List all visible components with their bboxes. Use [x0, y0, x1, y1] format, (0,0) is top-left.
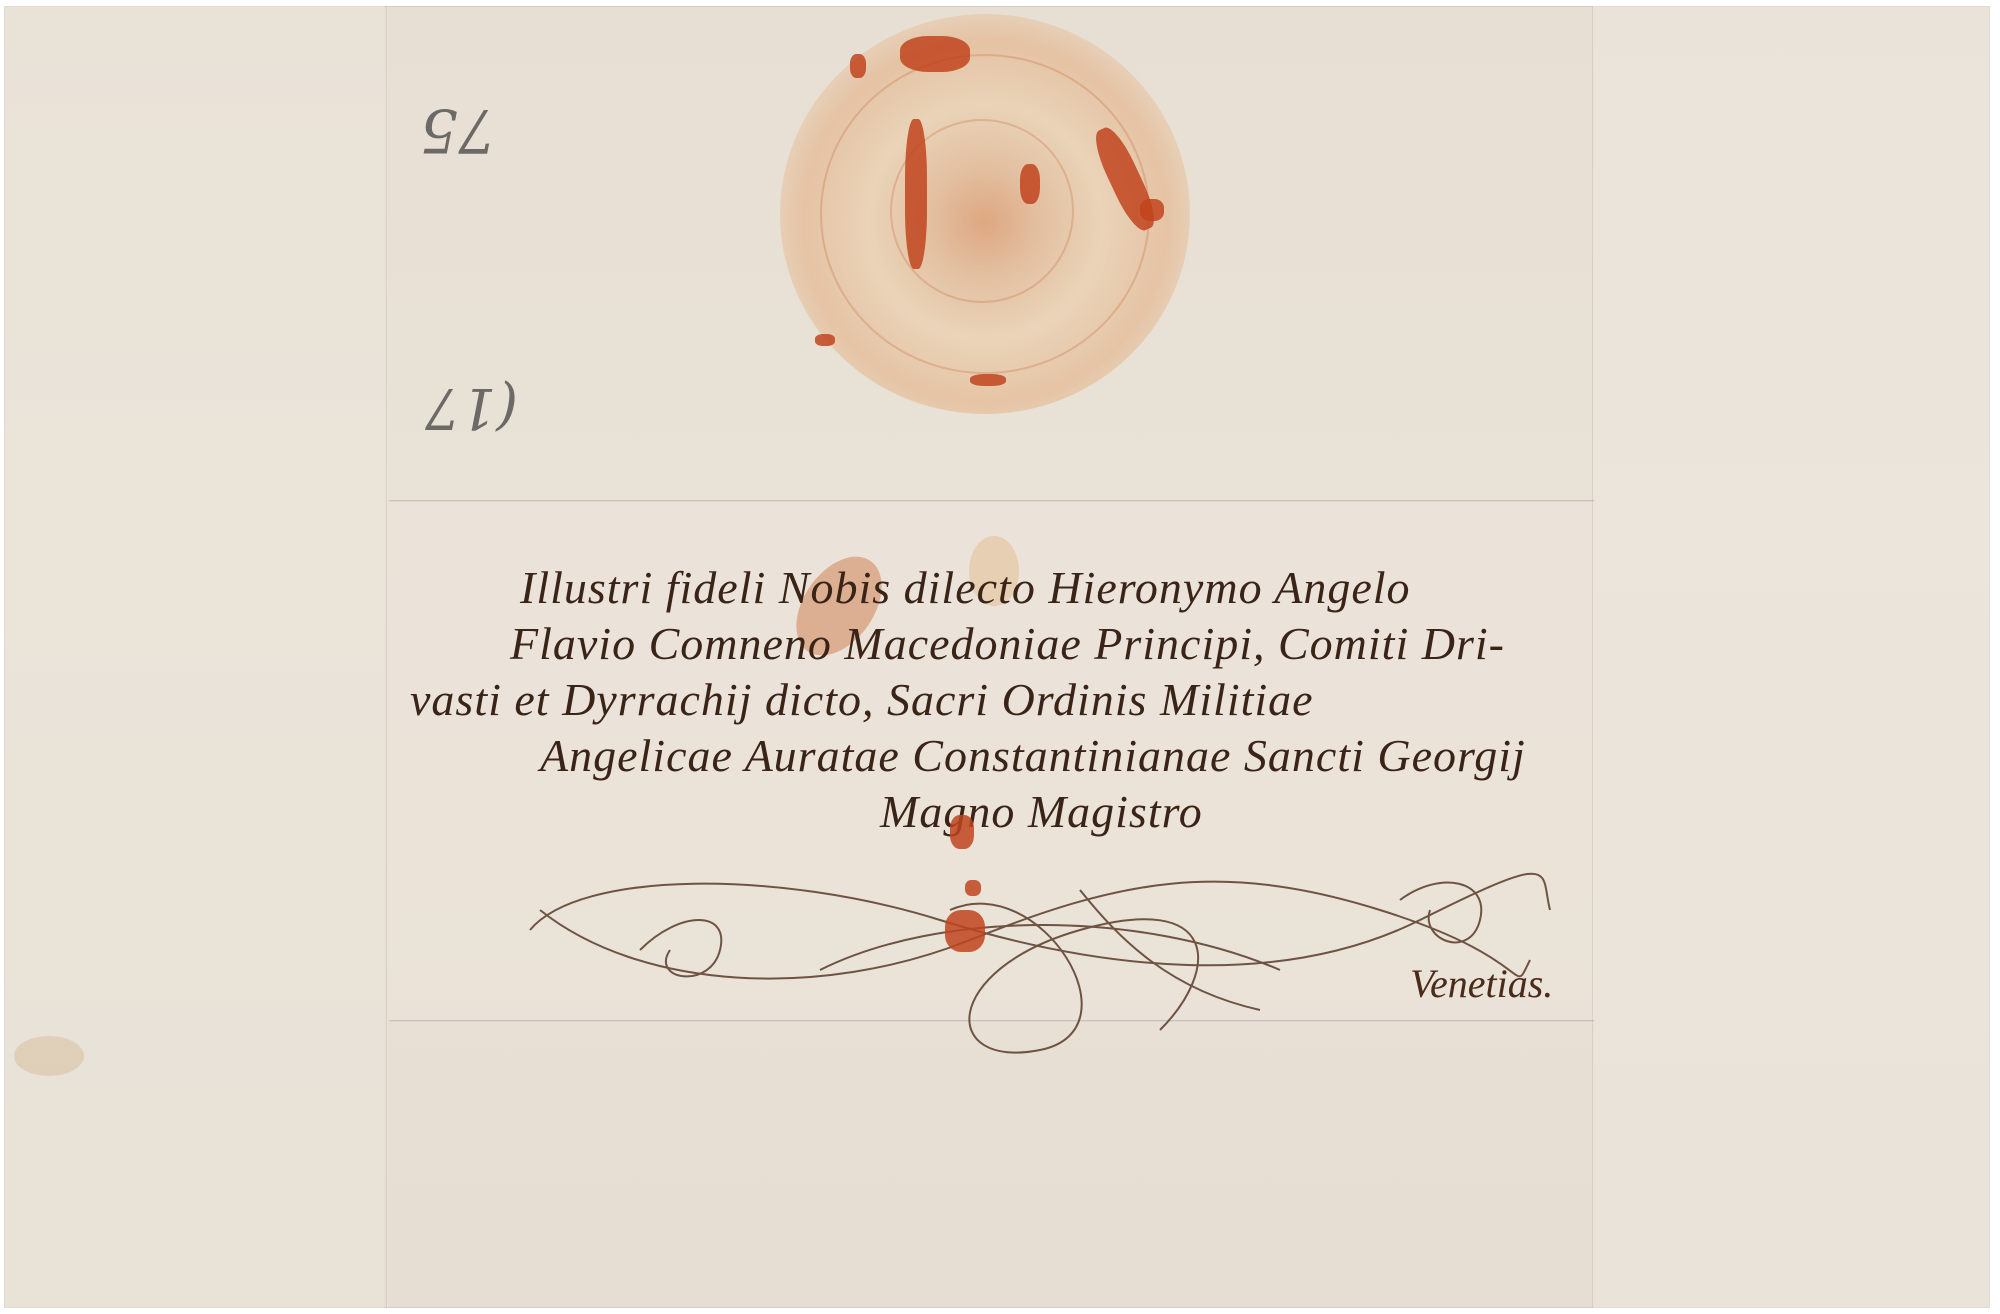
- wax-drip: [950, 815, 974, 849]
- pencil-note-side: (17: [425, 375, 518, 440]
- left-flap: [4, 6, 384, 1308]
- address-line-3: vasti et Dyrrachij dicto, Sacri Ordinis …: [400, 672, 1550, 728]
- pencil-note-number: 75: [420, 95, 496, 165]
- calligraphic-flourish: [520, 850, 1560, 1070]
- address-block: Illustri fideli Nobis dilecto Hieronymo …: [400, 560, 1550, 840]
- right-flap: [1594, 6, 1990, 1308]
- wax-drip: [945, 910, 985, 952]
- foxing-stain: [14, 1036, 84, 1076]
- address-line-1: Illustri fideli Nobis dilecto Hieronymo …: [400, 560, 1550, 616]
- wax-seal: [780, 14, 1190, 414]
- wax-drip: [965, 880, 981, 896]
- fold-line-left: [386, 6, 388, 1308]
- fold-line-right: [1592, 6, 1594, 1308]
- address-line-5: Magno Magistro: [400, 784, 1550, 840]
- address-line-4: Angelicae Auratae Constantinianae Sancti…: [400, 728, 1550, 784]
- address-line-2: Flavio Comneno Macedoniae Principi, Comi…: [400, 616, 1550, 672]
- destination-venetias: Venetias.: [1410, 960, 1553, 1007]
- fold-line-upper: [389, 500, 1594, 503]
